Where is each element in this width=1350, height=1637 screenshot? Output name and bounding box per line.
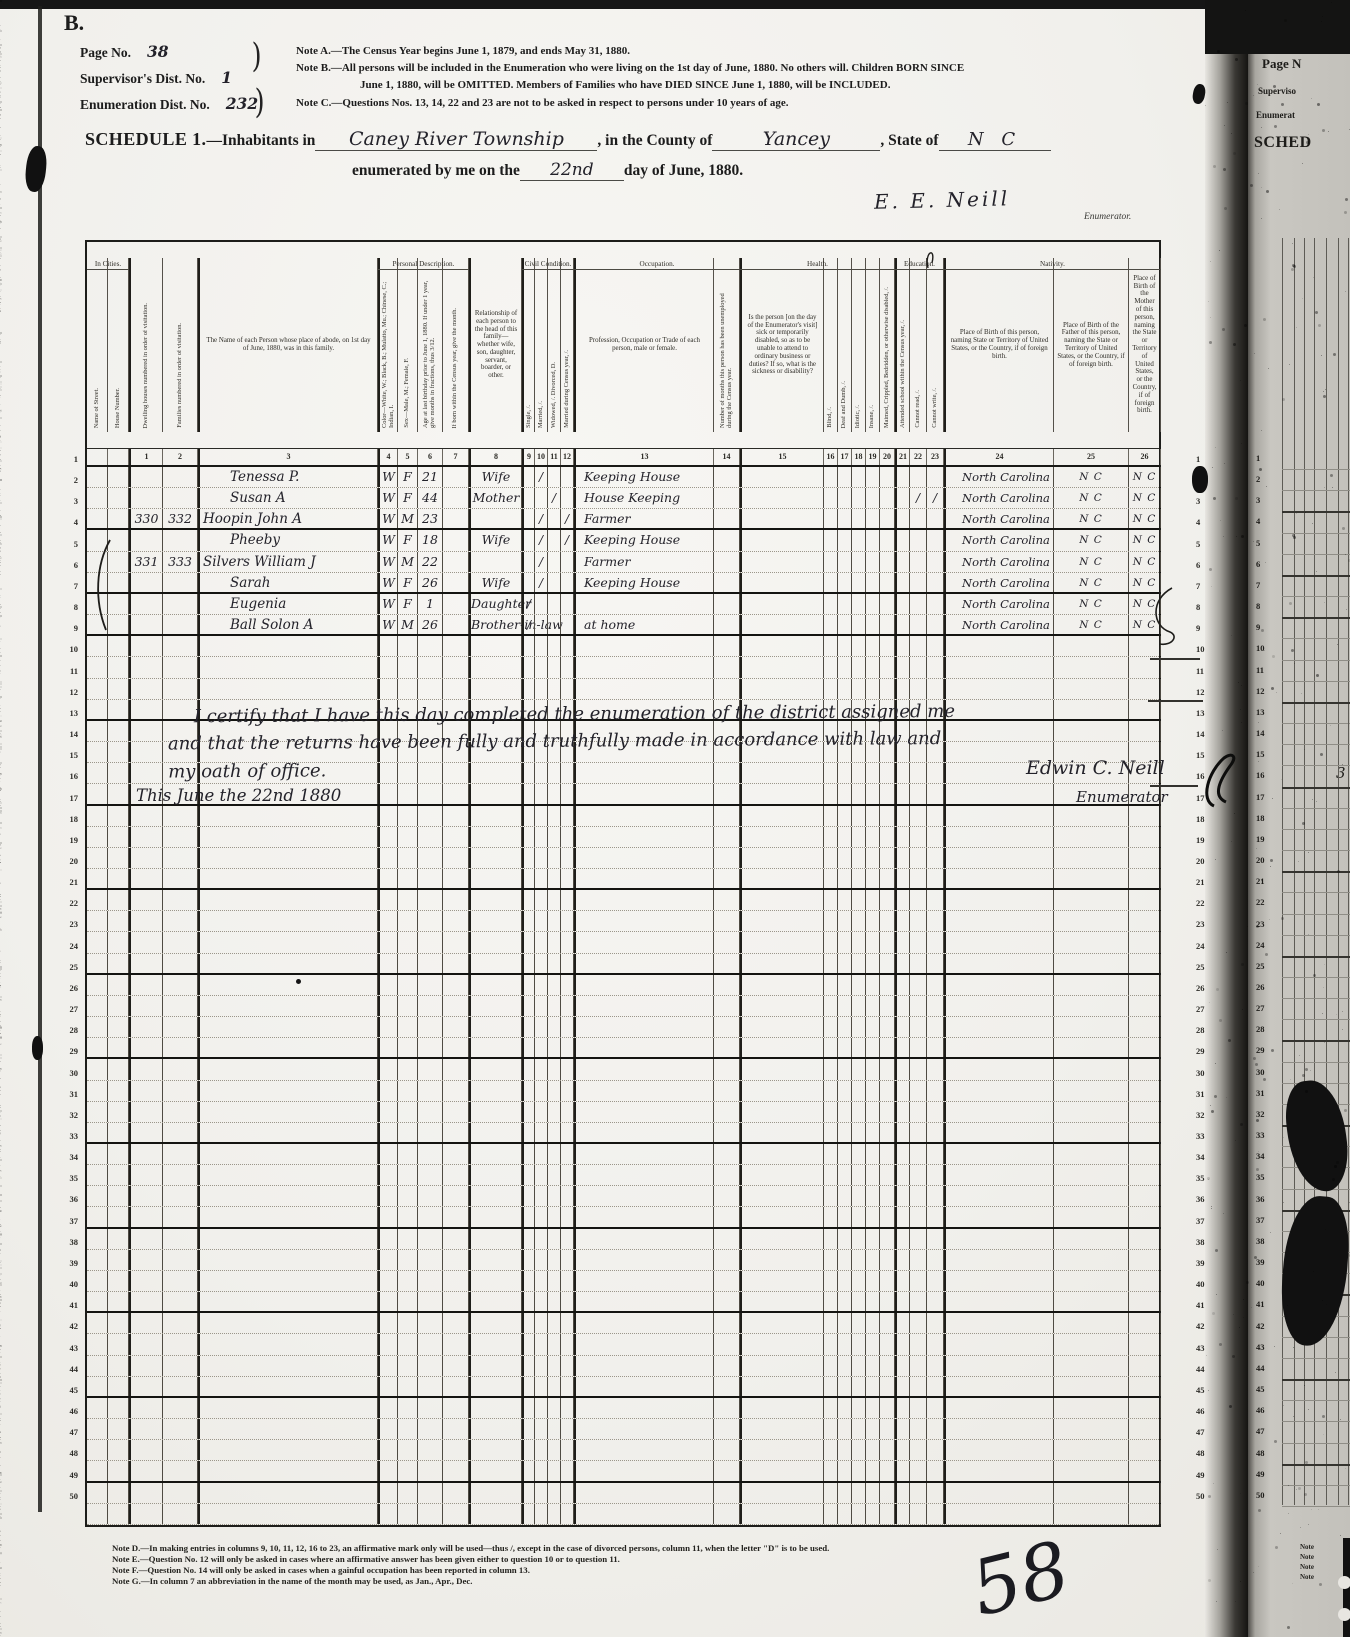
cell-deaf [838, 530, 852, 550]
cell-widowed [548, 1059, 561, 1079]
entry-dwelling: 330 [135, 511, 159, 526]
cell-married: / [535, 509, 548, 528]
column-number: 18 [852, 449, 866, 465]
cell-street [87, 848, 108, 868]
cell-color [378, 954, 398, 973]
cell-unemp [714, 1229, 740, 1249]
cell-born [443, 1313, 469, 1333]
cell-married [535, 954, 548, 973]
cell-blind [824, 1102, 838, 1122]
line-number-left: 21 [56, 871, 78, 892]
cell-rel [469, 848, 522, 868]
cell-name [198, 1123, 378, 1142]
cell-father: N C [1054, 488, 1129, 508]
cell-family [163, 679, 198, 699]
cell-sick [740, 530, 824, 550]
cell-deaf [838, 1102, 852, 1122]
cell-idiotic [852, 1292, 866, 1311]
column-number: 22 [910, 449, 927, 465]
line-number-left: 17 [56, 787, 78, 808]
cell-street [87, 552, 108, 572]
cell-street [87, 1292, 108, 1311]
cell-deaf [838, 1377, 852, 1396]
cell-maimed [880, 1250, 895, 1270]
cell-widowed [548, 869, 561, 888]
cell-mother [1129, 1377, 1161, 1396]
cell-maimed [880, 1461, 895, 1480]
cell-color [378, 1059, 398, 1079]
cell-sick [740, 1144, 824, 1164]
cell-school [895, 1483, 910, 1503]
cell-family [163, 890, 198, 910]
cell-birth [944, 1419, 1054, 1439]
entry-sex: M [401, 554, 414, 569]
entry-mother: N C [1133, 513, 1157, 525]
next-page-line-number: 23 [1256, 919, 1265, 929]
cell-house [108, 1038, 129, 1057]
column-number: 5 [398, 449, 418, 465]
cell-house [108, 700, 129, 719]
cell-sex [398, 1377, 418, 1396]
cell-mduring [561, 1504, 574, 1524]
cell-married [535, 1334, 548, 1354]
column-number: 7 [443, 449, 469, 465]
cell-write [927, 509, 944, 528]
cell-write [927, 1271, 944, 1291]
bottom-notes: Note D.—In making entries in columns 9, … [112, 1543, 829, 1587]
entry-single: / [527, 618, 531, 632]
cell-single [522, 1165, 535, 1185]
column-header-sick: Is the person [on the day of the Enumera… [740, 258, 824, 432]
cell-sick [740, 784, 824, 803]
next-page-line-number: 1 [1256, 453, 1260, 463]
cell-mduring [561, 1250, 574, 1270]
cell-single [522, 1102, 535, 1122]
cell-age: 21 [418, 467, 443, 487]
cell-color: W [378, 530, 398, 550]
cell-maimed [880, 827, 895, 847]
cell-married [535, 1186, 548, 1206]
cell-deaf [838, 1398, 852, 1418]
cell-name [198, 1419, 378, 1439]
cell-write [927, 954, 944, 973]
cell-mduring [561, 890, 574, 910]
cell-father [1054, 1059, 1129, 1079]
next-page-grid-hline [1282, 1421, 1350, 1422]
cell-mother [1129, 1123, 1161, 1142]
cell-mduring [561, 636, 574, 656]
cell-family [163, 636, 198, 656]
column-header-text: Place of Birth of the Father of this per… [1057, 322, 1125, 369]
cell-rel [469, 679, 522, 699]
cell-maimed [880, 1292, 895, 1311]
cell-read [910, 1440, 927, 1460]
cell-house [108, 932, 129, 952]
cell-house [108, 1504, 129, 1524]
table-row [87, 1440, 1159, 1461]
cell-mduring [561, 1123, 574, 1142]
cell-school [895, 827, 910, 847]
cell-color: W [378, 594, 398, 614]
cell-dwelling [129, 488, 163, 508]
table-row: Ball Solon AWM26Brother-in-law/at homeNo… [87, 615, 1159, 636]
line-number-left: 43 [56, 1337, 78, 1358]
cell-married [535, 1207, 548, 1226]
cell-deaf [838, 827, 852, 847]
cell-idiotic [852, 1334, 866, 1354]
cell-dwelling [129, 1017, 163, 1037]
next-page-note-fragments: NoteNoteNoteNote [1300, 1542, 1314, 1582]
table-row [87, 1250, 1159, 1271]
cell-name [198, 1504, 378, 1524]
column-header-street: Name of Street. [87, 258, 108, 432]
cell-maimed [880, 869, 895, 888]
cell-idiotic [852, 806, 866, 826]
cell-family [163, 1229, 198, 1249]
next-page-grid-hline [1282, 935, 1350, 936]
cell-occ [574, 1313, 714, 1333]
cell-unemp [714, 1017, 740, 1037]
cell-insane [866, 530, 880, 550]
cell-dwelling [129, 1483, 163, 1503]
cell-school [895, 467, 910, 487]
cell-family [163, 869, 198, 888]
cell-single [522, 1081, 535, 1101]
cell-mother [1129, 1059, 1161, 1079]
cell-street [87, 1102, 108, 1122]
cell-widowed [548, 806, 561, 826]
cell-insane [866, 1334, 880, 1354]
cell-deaf [838, 467, 852, 487]
cell-color [378, 911, 398, 931]
cell-unemp [714, 1483, 740, 1503]
cell-occ [574, 1356, 714, 1376]
cell-birth [944, 636, 1054, 656]
cell-family [163, 1165, 198, 1185]
cell-sex [398, 1271, 418, 1291]
cell-widowed [548, 1186, 561, 1206]
table-row [87, 1419, 1159, 1440]
cell-blind [824, 467, 838, 487]
cell-read [910, 1144, 927, 1164]
cell-insane [866, 573, 880, 592]
cell-mother: N C [1129, 509, 1161, 528]
cell-family [163, 848, 198, 868]
entry-name: Sarah [230, 575, 271, 591]
cell-birth: North Carolina [944, 488, 1054, 508]
cell-born [443, 954, 469, 973]
cell-street [87, 827, 108, 847]
cell-married [535, 1038, 548, 1057]
cell-street [87, 636, 108, 656]
next-page-line-number: 29 [1256, 1045, 1265, 1055]
line-number-left: 24 [56, 935, 78, 956]
cell-birth [944, 827, 1054, 847]
cell-insane [866, 1229, 880, 1249]
table-row [87, 1165, 1159, 1186]
cell-name [198, 1165, 378, 1185]
cell-dwelling [129, 1207, 163, 1226]
cell-deaf [838, 784, 852, 803]
cell-occ [574, 932, 714, 952]
cell-mduring [561, 1483, 574, 1503]
cell-single [522, 1207, 535, 1226]
cell-rel [469, 1102, 522, 1122]
cell-family [163, 1250, 198, 1270]
next-page-grid-hline [1282, 1464, 1350, 1466]
cell-widowed [548, 1334, 561, 1354]
cell-father [1054, 1144, 1129, 1164]
cell-sick [740, 1419, 824, 1439]
line-number-left: 8 [56, 596, 78, 617]
cell-write [927, 636, 944, 656]
entry-color: W [382, 532, 395, 547]
column-number: 6 [418, 449, 443, 465]
entry-birth: North Carolina [962, 618, 1050, 632]
cell-occ: Farmer [574, 552, 714, 572]
cell-age [418, 1419, 443, 1439]
cell-married [535, 1440, 548, 1460]
cell-father [1054, 827, 1129, 847]
cell-single [522, 530, 535, 550]
cell-school [895, 954, 910, 973]
cell-rel [469, 890, 522, 910]
cell-birth [944, 1504, 1054, 1524]
cell-idiotic [852, 509, 866, 528]
cell-mother [1129, 1229, 1161, 1249]
cell-married [535, 1398, 548, 1418]
cell-name: Ball Solon A [198, 615, 378, 634]
cell-idiotic [852, 1356, 866, 1376]
table-body: Tenessa P.WF21Wife/Keeping HouseNorth Ca… [87, 467, 1159, 1525]
cell-occ [574, 1017, 714, 1037]
cell-color [378, 827, 398, 847]
column-number: 19 [866, 449, 880, 465]
scan-top-edge [0, 0, 1350, 9]
entry-color: W [382, 511, 395, 526]
cell-color [378, 1356, 398, 1376]
census-table: Name of Street.House Number.Dwelling hou… [85, 240, 1161, 1527]
cell-unemp [714, 1356, 740, 1376]
column-header-text: Blind, /. [827, 407, 834, 428]
cell-single [522, 679, 535, 699]
entry-name: Eugenia [230, 596, 286, 612]
cell-street [87, 488, 108, 508]
ink-dot [296, 979, 301, 984]
line-number-left: 48 [56, 1442, 78, 1463]
cell-insane [866, 1398, 880, 1418]
cell-house [108, 721, 129, 741]
cell-widowed [548, 932, 561, 952]
cell-mother [1129, 996, 1161, 1016]
next-page-grid-hline [1282, 575, 1350, 577]
cell-name: Pheeby [198, 530, 378, 550]
table-row [87, 1398, 1159, 1419]
bottom-note-line: Note E.—Question No. 12 will only be ask… [112, 1554, 829, 1565]
cell-occ [574, 890, 714, 910]
entry-father: N C [1079, 492, 1103, 504]
cell-street [87, 467, 108, 487]
cell-sick [740, 1292, 824, 1311]
cell-married [535, 488, 548, 508]
cell-dwelling [129, 530, 163, 550]
next-page-line-number: 37 [1256, 1215, 1265, 1225]
cell-write [927, 1356, 944, 1376]
cell-school [895, 1081, 910, 1101]
cell-mother: N C [1129, 594, 1161, 614]
cell-street [87, 1377, 108, 1396]
next-page-line-number: 19 [1256, 834, 1265, 844]
cell-dwelling [129, 1398, 163, 1418]
cell-married: / [535, 530, 548, 550]
cell-idiotic [852, 657, 866, 677]
cell-unemp [714, 869, 740, 888]
cell-age [418, 1207, 443, 1226]
column-header-text: Cannot read, /. [915, 390, 922, 428]
enumerated-suffix: day of June, 1880. [624, 162, 743, 180]
next-page-supervisor-fragment: Superviso [1258, 86, 1296, 96]
cell-age [418, 657, 443, 677]
cell-occ [574, 911, 714, 931]
cell-name: Hoopin John A [198, 509, 378, 528]
cell-write [927, 1038, 944, 1057]
cell-dwelling [129, 467, 163, 487]
cell-street [87, 657, 108, 677]
cell-age [418, 1292, 443, 1311]
cell-dwelling [129, 763, 163, 783]
cell-widowed [548, 573, 561, 592]
cell-read [910, 1059, 927, 1079]
cell-blind [824, 1377, 838, 1396]
cell-father [1054, 636, 1129, 656]
cell-rel: Wife [469, 530, 522, 550]
cell-school [895, 1186, 910, 1206]
cell-color [378, 996, 398, 1016]
cell-color [378, 869, 398, 888]
column-number [87, 449, 108, 465]
column-header-deaf: Deaf and Dumb, /. [838, 258, 852, 432]
cell-insane [866, 1038, 880, 1057]
cell-widowed [548, 954, 561, 973]
cell-idiotic [852, 1250, 866, 1270]
cell-idiotic [852, 932, 866, 952]
cell-birth [944, 1334, 1054, 1354]
cell-widowed [548, 657, 561, 677]
cell-single [522, 1504, 535, 1524]
cell-sex: F [398, 573, 418, 592]
entry-family: 332 [168, 511, 192, 526]
cell-age [418, 1229, 443, 1249]
entry-mduring: / [565, 512, 569, 526]
cell-dwelling [129, 679, 163, 699]
cell-father [1054, 1377, 1129, 1396]
cell-write [927, 530, 944, 550]
cell-insane [866, 1017, 880, 1037]
cell-married [535, 806, 548, 826]
cell-dwelling [129, 1271, 163, 1291]
cell-idiotic [852, 1461, 866, 1480]
next-page-line-number: 44 [1256, 1363, 1265, 1373]
cell-blind [824, 488, 838, 508]
entry-color: W [382, 554, 395, 569]
cell-sex [398, 784, 418, 803]
group-header-occupation: Occupation. [574, 260, 740, 270]
cell-occ: Keeping House [574, 573, 714, 592]
cell-street [87, 1334, 108, 1354]
cell-sex [398, 1102, 418, 1122]
cell-blind [824, 890, 838, 910]
cell-born [443, 1038, 469, 1057]
cell-birth [944, 1165, 1054, 1185]
cell-insane [866, 1081, 880, 1101]
cell-insane [866, 911, 880, 931]
cell-dwelling [129, 954, 163, 973]
column-header-mother: Place of Birth of the Mother of this per… [1129, 258, 1161, 432]
cell-maimed [880, 1504, 895, 1524]
cell-house [108, 827, 129, 847]
cell-family [163, 1504, 198, 1524]
cell-blind [824, 827, 838, 847]
cell-age [418, 1038, 443, 1057]
cell-family [163, 827, 198, 847]
group-header-nativity: Nativity. [944, 260, 1161, 270]
cell-read [910, 552, 927, 572]
cell-color [378, 1271, 398, 1291]
cell-unemp [714, 636, 740, 656]
cell-maimed [880, 1059, 895, 1079]
cell-school [895, 1250, 910, 1270]
cell-house [108, 657, 129, 677]
cell-age: 1 [418, 594, 443, 614]
cell-father [1054, 954, 1129, 973]
cell-father: N C [1054, 594, 1129, 614]
cell-insane [866, 784, 880, 803]
cell-write [927, 1313, 944, 1333]
cell-sick [740, 1165, 824, 1185]
table-row [87, 954, 1159, 975]
next-page-line-number: 3 [1256, 495, 1260, 505]
column-header-text: Families numbered in order of visitation… [177, 323, 184, 428]
top-note-line: June 1, 1880, will be OMITTED. Members o… [296, 77, 1126, 94]
column-number: 3 [198, 449, 378, 465]
bottom-note-line: Note G.—In column 7 an abbreviation in t… [112, 1576, 829, 1587]
cell-house [108, 636, 129, 656]
cell-rel [469, 1081, 522, 1101]
cell-dwelling [129, 1123, 163, 1142]
cell-sick [740, 594, 824, 614]
line-number-left: 30 [56, 1062, 78, 1083]
cell-unemp [714, 1165, 740, 1185]
entry-name: Susan A [230, 490, 286, 506]
cell-birth [944, 1017, 1054, 1037]
cell-blind [824, 1059, 838, 1079]
next-page-line-number: 28 [1256, 1024, 1265, 1034]
cell-father [1054, 1017, 1129, 1037]
column-number: 11 [548, 449, 561, 465]
cell-write [927, 1461, 944, 1480]
entry-occ: Farmer [584, 554, 630, 569]
cell-school [895, 509, 910, 528]
cell-house [108, 975, 129, 995]
cell-sick [740, 1017, 824, 1037]
cell-color [378, 657, 398, 677]
cell-dwelling [129, 1186, 163, 1206]
cell-rel: Wife [469, 573, 522, 592]
cell-dwelling [129, 911, 163, 931]
line-number-left: 29 [56, 1040, 78, 1061]
cell-maimed [880, 1165, 895, 1185]
cell-blind [824, 1229, 838, 1249]
